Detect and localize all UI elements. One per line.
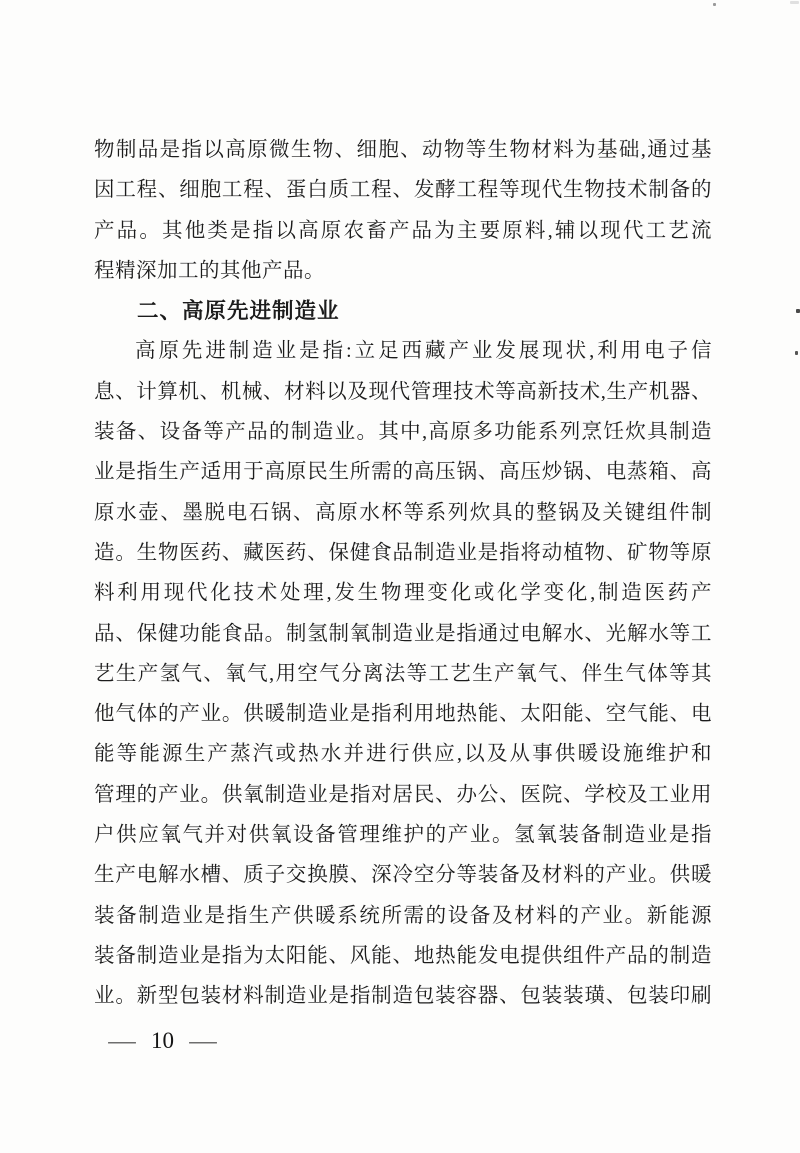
footer-dash-left: —: [108, 1028, 136, 1054]
text-line: 原水壶、墨脱电石锅、高原水杯等系列炊具的整锅及关键组件制: [94, 493, 712, 533]
text-line: 他气体的产业。供暖制造业是指利用地热能、太阳能、空气能、电: [94, 694, 712, 734]
text-line: 料利用现代化技术处理,发生物理变化或化学变化,制造医药产: [94, 573, 712, 613]
text-line: 艺生产氢气、氧气,用空气分离法等工艺生产氧气、伴生气体等其: [94, 654, 712, 694]
text-line: 品、保健功能食品。制氢制氧制造业是指通过电解水、光解水等工: [94, 614, 712, 654]
document-lines: 物制品是指以高原微生物、细胞、动物等生物材料为基础,通过基因工程、细胞工程、蛋白…: [94, 130, 712, 1017]
scanned-document-page: 物制品是指以高原微生物、细胞、动物等生物材料为基础,通过基因工程、细胞工程、蛋白…: [0, 0, 800, 1153]
text-line: 业是指生产适用于高原民生所需的高压锅、高压炒锅、电蒸箱、高: [94, 452, 712, 492]
page-footer: — 10 —: [111, 1026, 214, 1056]
text-line: 物制品是指以高原微生物、细胞、动物等生物材料为基础,通过基: [94, 130, 712, 170]
text-line: 能等能源生产蒸汽或热水并进行供应,以及从事供暖设施维护和: [94, 734, 712, 774]
text-line: 管理的产业。供氧制造业是指对居民、办公、医院、学校及工业用: [94, 775, 712, 815]
page-number: 10: [151, 1028, 174, 1054]
text-line: 产品。其他类是指以高原农畜产品为主要原料,辅以现代工艺流: [94, 211, 712, 251]
scan-speck: [795, 351, 798, 355]
scan-speck: [790, 1, 799, 4]
scan-speck: [796, 309, 800, 313]
scan-speck: [713, 3, 716, 6]
text-line: 程精深加工的其他产品。: [94, 251, 712, 291]
text-line: 户供应氧气并对供氧设备管理维护的产业。氢氧装备制造业是指: [94, 815, 712, 855]
text-line: 业。新型包装材料制造业是指制造包装容器、包装装璜、包装印刷: [94, 976, 712, 1016]
text-line: 生产电解水槽、质子交换膜、深冷空分等装备及材料的产业。供暖: [94, 855, 712, 895]
text-line: 装备、设备等产品的制造业。其中,高原多功能系列烹饪炊具制造: [94, 412, 712, 452]
text-line: 造。生物医药、藏医药、保健食品制造业是指将动植物、矿物等原: [94, 533, 712, 573]
footer-dash-right: —: [189, 1028, 217, 1054]
text-line: 息、计算机、机械、材料以及现代管理技术等高新技术,生产机器、: [94, 372, 712, 412]
text-line: 装备制造业是指为太阳能、风能、地热能发电提供组件产品的制造: [94, 936, 712, 976]
document-body: 物制品是指以高原微生物、细胞、动物等生物材料为基础,通过基因工程、细胞工程、蛋白…: [94, 130, 712, 1017]
text-line: 装备制造业是指生产供暖系统所需的设备及材料的产业。新能源: [94, 896, 712, 936]
text-line: 因工程、细胞工程、蛋白质工程、发酵工程等现代生物技术制备的: [94, 170, 712, 210]
text-line: 高原先进制造业是指:立足西藏产业发展现状,利用电子信: [94, 331, 712, 371]
section-heading: 二、高原先进制造业: [94, 291, 712, 331]
